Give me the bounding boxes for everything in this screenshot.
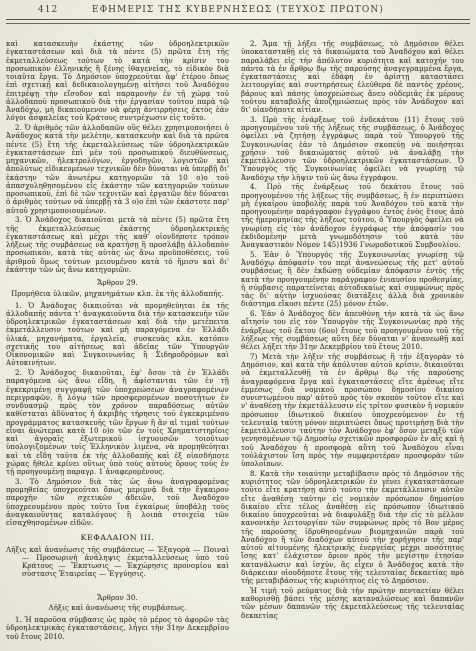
article-heading: Ἄρθρον 30. <box>6 594 229 602</box>
paragraph: 2. Ἅμα τῇ λήξει τῆς συμβάσεως, τὸ Δημόσι… <box>241 40 464 114</box>
article-subtitle: Προμήθεια ὑλικῶν, μηχανημάτων κλπ. ἐκ τῆ… <box>6 290 229 298</box>
paragraph: 3. Ὁ Ἀνάδοχος δικαιοῦται μετὰ τὰ πέντε (… <box>6 216 229 274</box>
paragraph-continued: καὶ κατασκευὴν ἑκάστης τῶν ὑδροηλεκτρικῶ… <box>6 40 229 123</box>
paragraph: 2. Ὁ ἀριθμὸς τῶν ἀλλοδαπῶν οὓς θέλει χρη… <box>6 124 229 215</box>
text-columns: καὶ κατασκευὴν ἑκάστης τῶν ὑδροηλεκτρικῶ… <box>6 40 470 642</box>
article-heading: Ἄρθρον 29. <box>6 279 229 287</box>
gazette-page: 412 ΕΦΗΜΕΡΙΣ ΤΗΣ ΚΥΒΕΡΝΗΣΕΩΣ (ΤΕΥΧΟΣ ΠΡΩ… <box>0 0 476 651</box>
page-header: 412 ΕΦΗΜΕΡΙΣ ΤΗΣ ΚΥΒΕΡΝΗΣΕΩΣ (ΤΕΥΧΟΣ ΠΡΩ… <box>6 4 470 17</box>
left-column: καὶ κατασκευὴν ἑκάστης τῶν ὑδροηλεκτρικῶ… <box>6 40 229 642</box>
paragraph: 5. Ἐὰν ὁ Ὑπουργὸς τῆς Συγκοινωνίας γνωρί… <box>241 251 464 309</box>
page-title: ΕΦΗΜΕΡΙΣ ΤΗΣ ΚΥΒΕΡΝΗΣΕΩΣ (ΤΕΥΧΟΣ ΠΡΩΤΟΝ) <box>6 5 470 15</box>
chapter-heading: ΚΕΦΑΛΑΙΟΝ ΙΙΙ. <box>6 534 229 542</box>
chapter-summary: Λῆξις καὶ ἀνανέωσις τῆς συμβάσεως — Ἐξαγ… <box>6 546 229 579</box>
paragraph: 1. Ἡ παροῦσα σύμβασις ὡς πρὸς τὸ μέρος τ… <box>6 616 229 641</box>
paragraph: 3. Πρὸ τῆς ἐνάρξεως τοῦ ἑνδεκάτου (11) ἔ… <box>241 116 464 182</box>
article-subtitle: Λῆξις καὶ ἀνανέωσις τῆς συμβάσεως. <box>6 604 229 612</box>
paragraph: 3. Τὸ Δημόσιον διὰ τὰς ὡς ἄνω ἀναγραφομέ… <box>6 478 229 528</box>
paragraph: 2. Ὁ Ἀνάδοχος δικαιοῦται, ἐφ' ὅσον τὰ ἐν… <box>6 369 229 476</box>
paragraph: 8. Κατὰ τὴν τοιαύτην μεταβίβασιν πρὸς τὸ… <box>241 470 464 586</box>
paragraph: 7) Μετὰ τὴν λῆξιν τῆς συμβάσεως ἢ τὴν ἐξ… <box>241 353 464 469</box>
paragraph: 1. Ὁ Ἀνάδοχος δικαιοῦται νὰ προμηθεύηται… <box>6 302 229 368</box>
paragraph: 4. Πρὸ τῆς ἐνάρξεως τοῦ δεκάτου ἔτους το… <box>241 183 464 249</box>
header-rule <box>6 19 470 24</box>
right-column: 2. Ἅμα τῇ λήξει τῆς συμβάσεως, τὸ Δημόσι… <box>241 40 464 642</box>
paragraph: 6. Ἐὰν ὁ Ἀνάδοχος δὲν ἀπευθύνῃ τὴν κατὰ … <box>241 310 464 351</box>
paragraph: Ἡ τιμὴ τοῦ ρεύματος διὰ τὴν πρώτην πεντα… <box>241 587 464 620</box>
